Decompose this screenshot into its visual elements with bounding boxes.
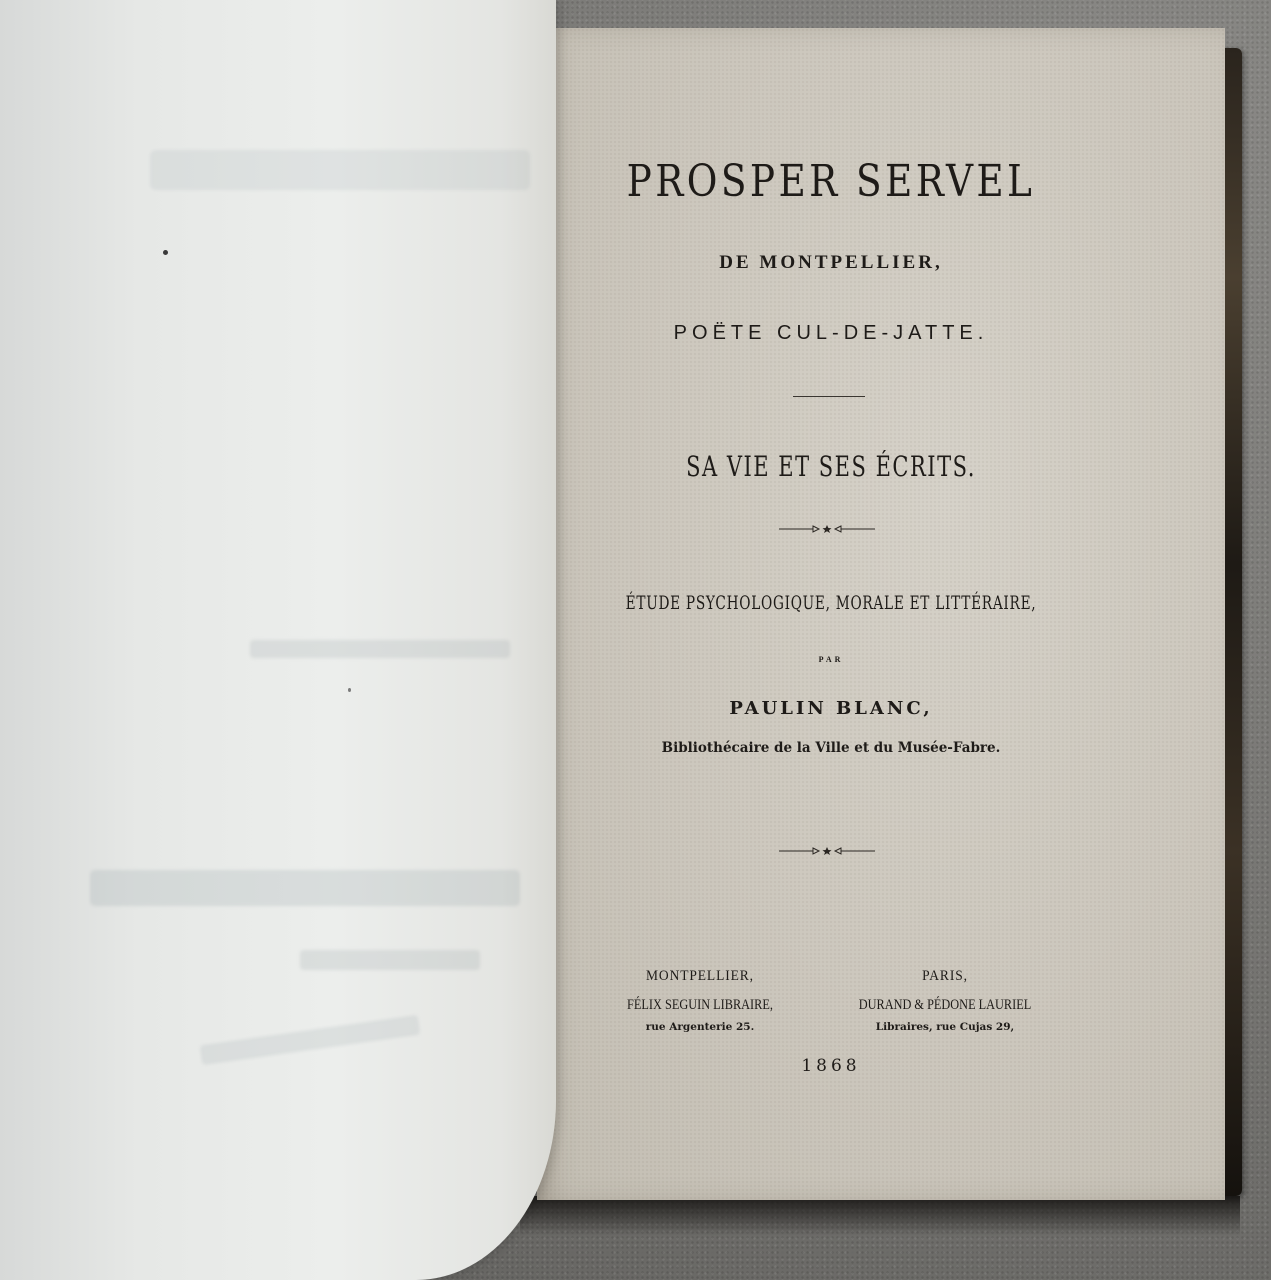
star-ornament-icon bbox=[777, 846, 877, 856]
by-label: PAR bbox=[537, 655, 1125, 664]
page-shadow bbox=[520, 1196, 1240, 1236]
bleed-through-mark bbox=[90, 870, 520, 906]
bleed-through-mark bbox=[300, 950, 480, 970]
publication-year: 1868 bbox=[537, 1056, 1125, 1076]
flyleaf-page bbox=[0, 0, 556, 1280]
bleed-through-mark bbox=[250, 640, 510, 658]
publisher-address: rue Argenterie 25. bbox=[570, 1021, 830, 1033]
star-ornament-icon bbox=[777, 524, 877, 534]
publisher-city: MONTPELLIER, bbox=[583, 968, 817, 985]
ink-speck bbox=[348, 688, 351, 692]
bleed-through-mark bbox=[200, 1015, 421, 1065]
study-description: ÉTUDE PSYCHOLOGIQUE, MORALE ET LITTÉRAIR… bbox=[619, 592, 1042, 614]
author-role: Bibliothécaire de la Ville et du Musée-F… bbox=[537, 740, 1125, 756]
publisher-paris: PARIS, DURAND & PÉDONE LAURIEL Libraires… bbox=[815, 968, 1075, 1033]
publisher-city: PARIS, bbox=[828, 968, 1062, 985]
subtitle-origin: DE MONTPELLIER, bbox=[537, 252, 1125, 274]
short-rule-divider bbox=[793, 396, 865, 397]
publisher-montpellier: MONTPELLIER, FÉLIX SEGUIN LIBRAIRE, rue … bbox=[570, 968, 830, 1033]
book-title: PROSPER SERVEL bbox=[581, 156, 1081, 207]
publisher-name: DURAND & PÉDONE LAURIEL bbox=[838, 997, 1051, 1014]
subtitle-life-works: SA VIE ET SES ÉCRITS. bbox=[611, 450, 1052, 483]
ink-speck bbox=[163, 250, 168, 255]
publisher-address: Libraires, rue Cujas 29, bbox=[815, 1021, 1075, 1033]
publisher-name: FÉLIX SEGUIN LIBRAIRE, bbox=[593, 997, 806, 1014]
subtitle-epithet: POËTE CUL-DE-JATTE. bbox=[537, 322, 1125, 345]
author-name: PAULIN BLANC, bbox=[537, 698, 1125, 719]
bleed-through-mark bbox=[150, 150, 530, 190]
